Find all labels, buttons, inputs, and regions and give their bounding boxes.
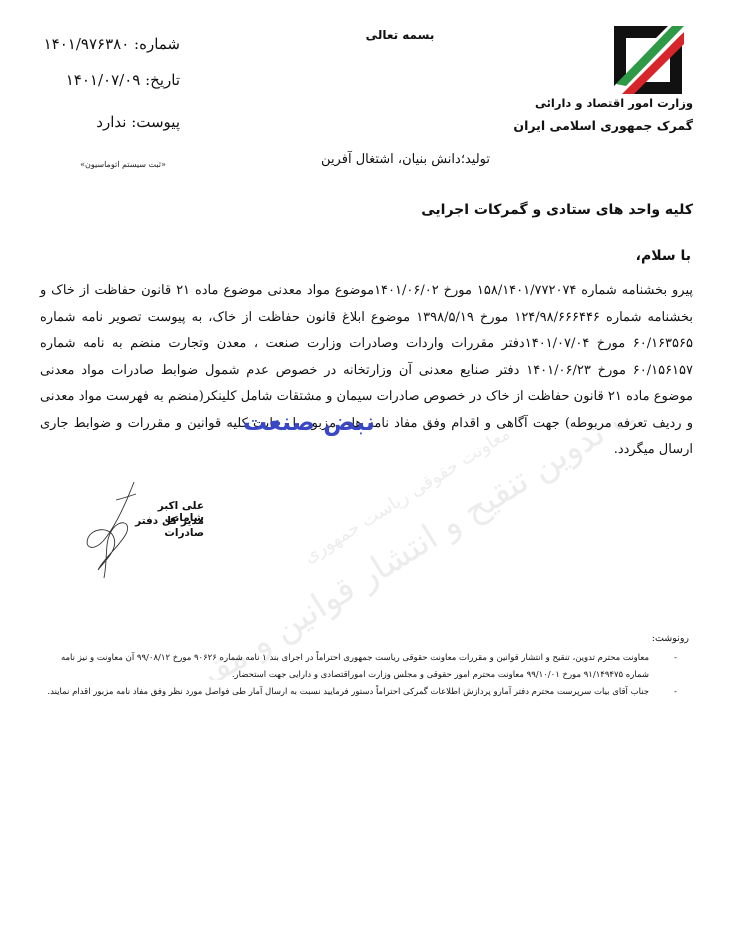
motto: تولید؛دانش بنیان، اشتغال آفرین (300, 152, 490, 167)
bullet-dash: - (674, 684, 677, 701)
letter-date-value: ۱۴۰۱/۰۷/۰۹ (66, 71, 141, 89)
basmala: بسمه تعالی (340, 28, 460, 42)
signatory-title: مدیر کل دفتر صادرات (108, 515, 204, 539)
bullet-dash: - (674, 650, 677, 667)
recipient: کلیه واحد های ستادی و گمرکات اجرایی (421, 202, 693, 218)
greeting: با سلام، (636, 248, 691, 264)
cc-label: رونوشت: (652, 633, 689, 644)
cc-item: - جناب آقای بیات سرپرست محترم دفتر آمارو… (40, 684, 697, 701)
letter-attachment: پیوست: ندارد (20, 112, 180, 132)
letter-date: تاریخ: ۱۴۰۱/۰۷/۰۹ (20, 70, 180, 90)
cc-item: - معاونت محترم تدوین، تنقیح و انتشار قوا… (40, 650, 697, 684)
automation-note: «ثبت سیستم اتوماسیون» (68, 160, 178, 169)
cc-item-text: جناب آقای بیات سرپرست محترم دفتر آمارو پ… (47, 687, 649, 697)
brand-watermark: نبض صنعت (243, 408, 375, 436)
letter-number: شماره: ۱۴۰۱/۹۷۶۳۸۰ (20, 34, 180, 54)
letter-number-value: ۱۴۰۱/۹۷۶۳۸۰ (44, 35, 130, 53)
attachment-label: پیوست: (131, 113, 180, 131)
letter-date-label: تاریخ: (145, 71, 180, 89)
cc-list: - معاونت محترم تدوین، تنقیح و انتشار قوا… (40, 650, 697, 701)
letter-number-label: شماره: (134, 35, 180, 53)
customs-logo-icon (610, 22, 686, 98)
ministry-name: وزارت امور اقتصاد و دارائی (535, 96, 693, 110)
organization-name: گمرک جمهوری اسلامی ایران (513, 118, 693, 133)
attachment-value: ندارد (96, 113, 126, 131)
cc-item-text: معاونت محترم تدوین، تنقیح و انتشار قوانی… (61, 653, 649, 680)
